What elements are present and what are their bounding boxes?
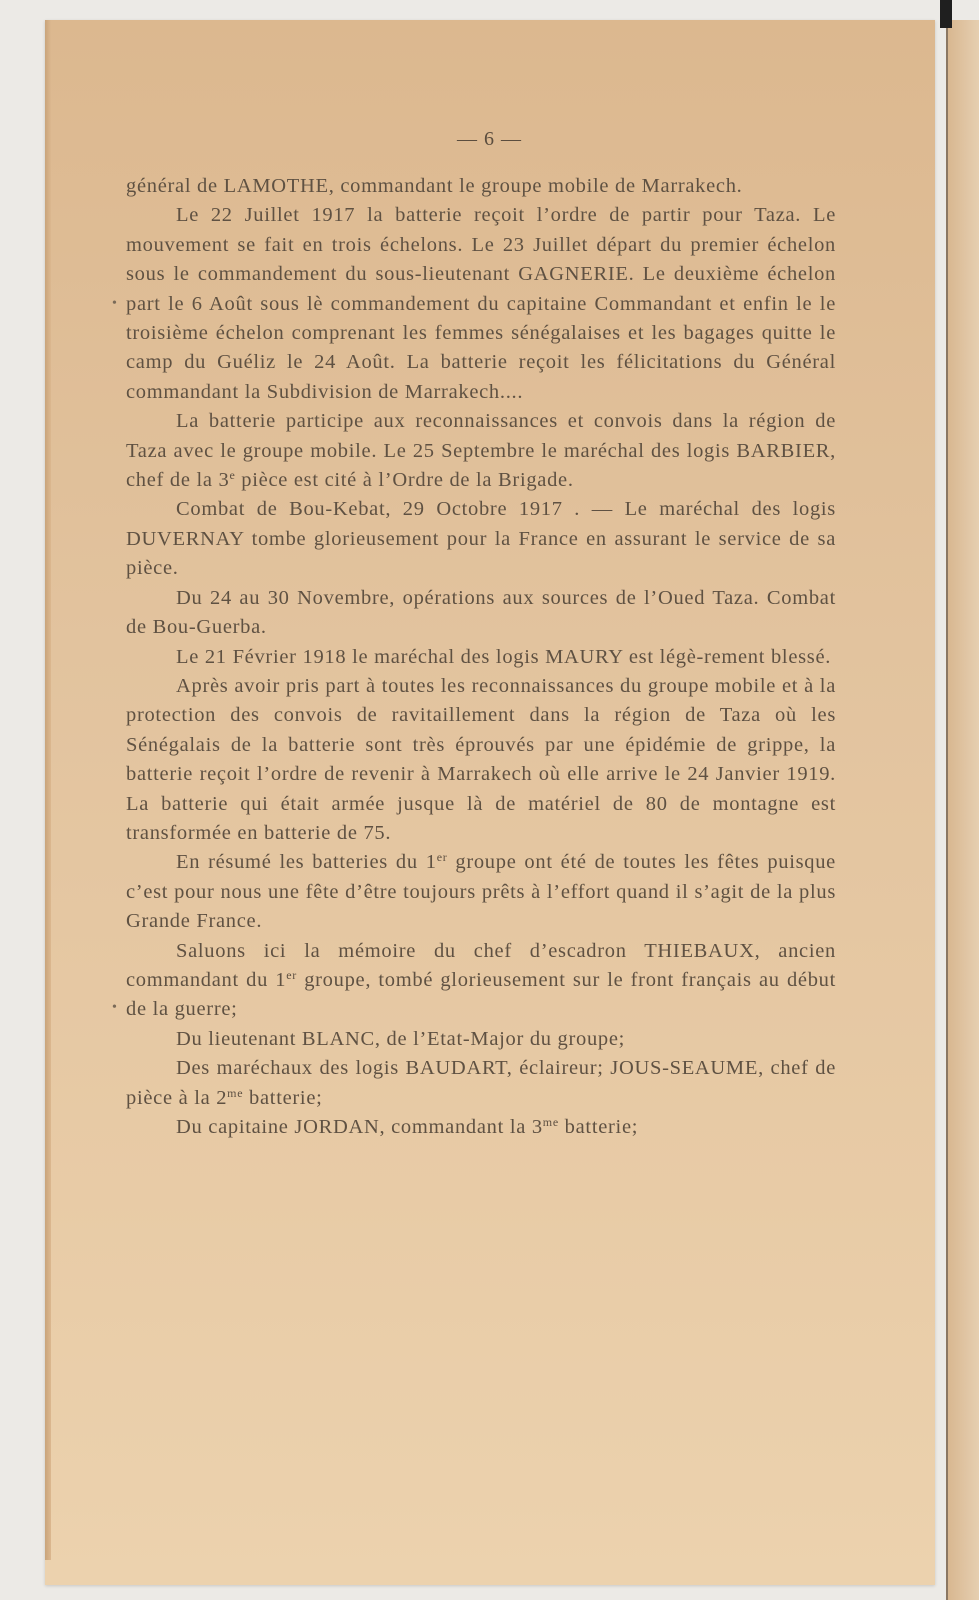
margin-dot: •	[112, 1000, 117, 1016]
paragraph: Des maréchaux des logis BAUDART, éclaire…	[126, 1054, 836, 1113]
document-body: général de LAMOTHE, commandant le groupe…	[126, 172, 836, 1142]
paragraph: La batterie participe aux reconnaissance…	[126, 407, 836, 495]
binder-clip	[940, 0, 952, 28]
binding-spine	[946, 25, 948, 1600]
page-number: — 6 —	[0, 128, 979, 151]
paragraph: général de LAMOTHE, commandant le groupe…	[126, 172, 836, 201]
page-left-edge	[45, 20, 51, 1560]
paragraph: Du lieutenant BLANC, de l’Etat-Major du …	[126, 1025, 836, 1054]
margin-dot: •	[112, 296, 117, 312]
paragraph: Après avoir pris part à toutes les recon…	[126, 672, 836, 848]
paragraph: Du 24 au 30 Novembre, opérations aux sou…	[126, 584, 836, 643]
paragraph: Le 22 Juillet 1917 la batterie reçoit l’…	[126, 201, 836, 407]
adjacent-page-edge	[948, 20, 979, 1600]
paragraph: Saluons ici la mémoire du chef d’escadro…	[126, 937, 836, 1025]
paragraph: Du capitaine JORDAN, commandant la 3me b…	[126, 1113, 836, 1142]
paragraph: Le 21 Février 1918 le maréchal des logis…	[126, 643, 836, 672]
paragraph: Combat de Bou-Kebat, 29 Octobre 1917 . —…	[126, 495, 836, 583]
paragraph: En résumé les batteries du 1er groupe on…	[126, 848, 836, 936]
